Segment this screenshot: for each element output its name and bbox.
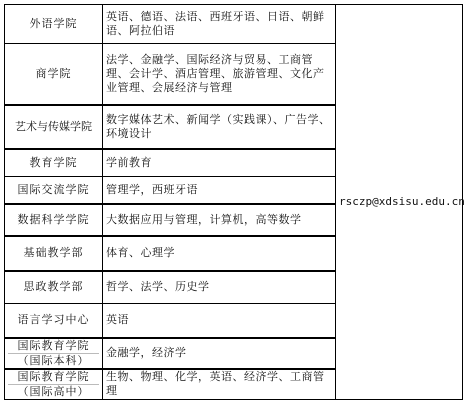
department-cell: 语言学习中心 xyxy=(5,304,103,338)
department-cell: 艺术与传媒学院 xyxy=(5,105,103,149)
subjects-cell: 体育、心理学 xyxy=(103,236,336,271)
department-subtitle: （国际高中） xyxy=(8,384,99,399)
subjects-cell: 数字媒体艺术、新闻学（实践课）、广告学、环境设计 xyxy=(103,105,336,149)
department-cell: 外语学院 xyxy=(5,5,103,44)
department-subtitle: （国际本科） xyxy=(8,353,99,368)
contact-email: rsczp@xdsisu.edu.cn xyxy=(336,5,463,400)
department-cell: 国际交流学院 xyxy=(5,177,103,204)
subjects-cell: 金融学，经济学 xyxy=(103,338,336,369)
department-name: 国际教育学院 xyxy=(8,339,99,353)
subjects-cell: 法学、金融学、国际经济与贸易、工商管理、会计学、酒店管理、旅游管理、文化产业管理… xyxy=(103,44,336,105)
table-row: 外语学院 英语、德语、法语、西班牙语、日语、朝鲜语、阿拉伯语 rsczp@xds… xyxy=(5,5,463,44)
department-cell: 国际教育学院 （国际本科） xyxy=(5,338,103,369)
department-cell: 商学院 xyxy=(5,44,103,105)
department-cell: 数据科学学院 xyxy=(5,204,103,236)
subjects-cell: 哲学、法学、历史学 xyxy=(103,271,336,304)
subjects-cell: 大数据应用与管理，计算机，高等数学 xyxy=(103,204,336,236)
department-cell: 基础教学部 xyxy=(5,236,103,271)
subjects-cell: 英语、德语、法语、西班牙语、日语、朝鲜语、阿拉伯语 xyxy=(103,5,336,44)
subjects-cell: 英语 xyxy=(103,304,336,338)
department-cell: 思政教学部 xyxy=(5,271,103,304)
subjects-cell: 学前教育 xyxy=(103,149,336,177)
department-cell: 教育学院 xyxy=(5,149,103,177)
subjects-cell: 生物、物理、化学，英语、经济学、工商管理 xyxy=(103,369,336,400)
subjects-cell: 管理学，西班牙语 xyxy=(103,177,336,204)
department-cell: 国际教育学院 （国际高中） xyxy=(5,369,103,400)
department-name: 国际教育学院 xyxy=(8,370,99,384)
department-subjects-table: 外语学院 英语、德语、法语、西班牙语、日语、朝鲜语、阿拉伯语 rsczp@xds… xyxy=(4,4,463,400)
